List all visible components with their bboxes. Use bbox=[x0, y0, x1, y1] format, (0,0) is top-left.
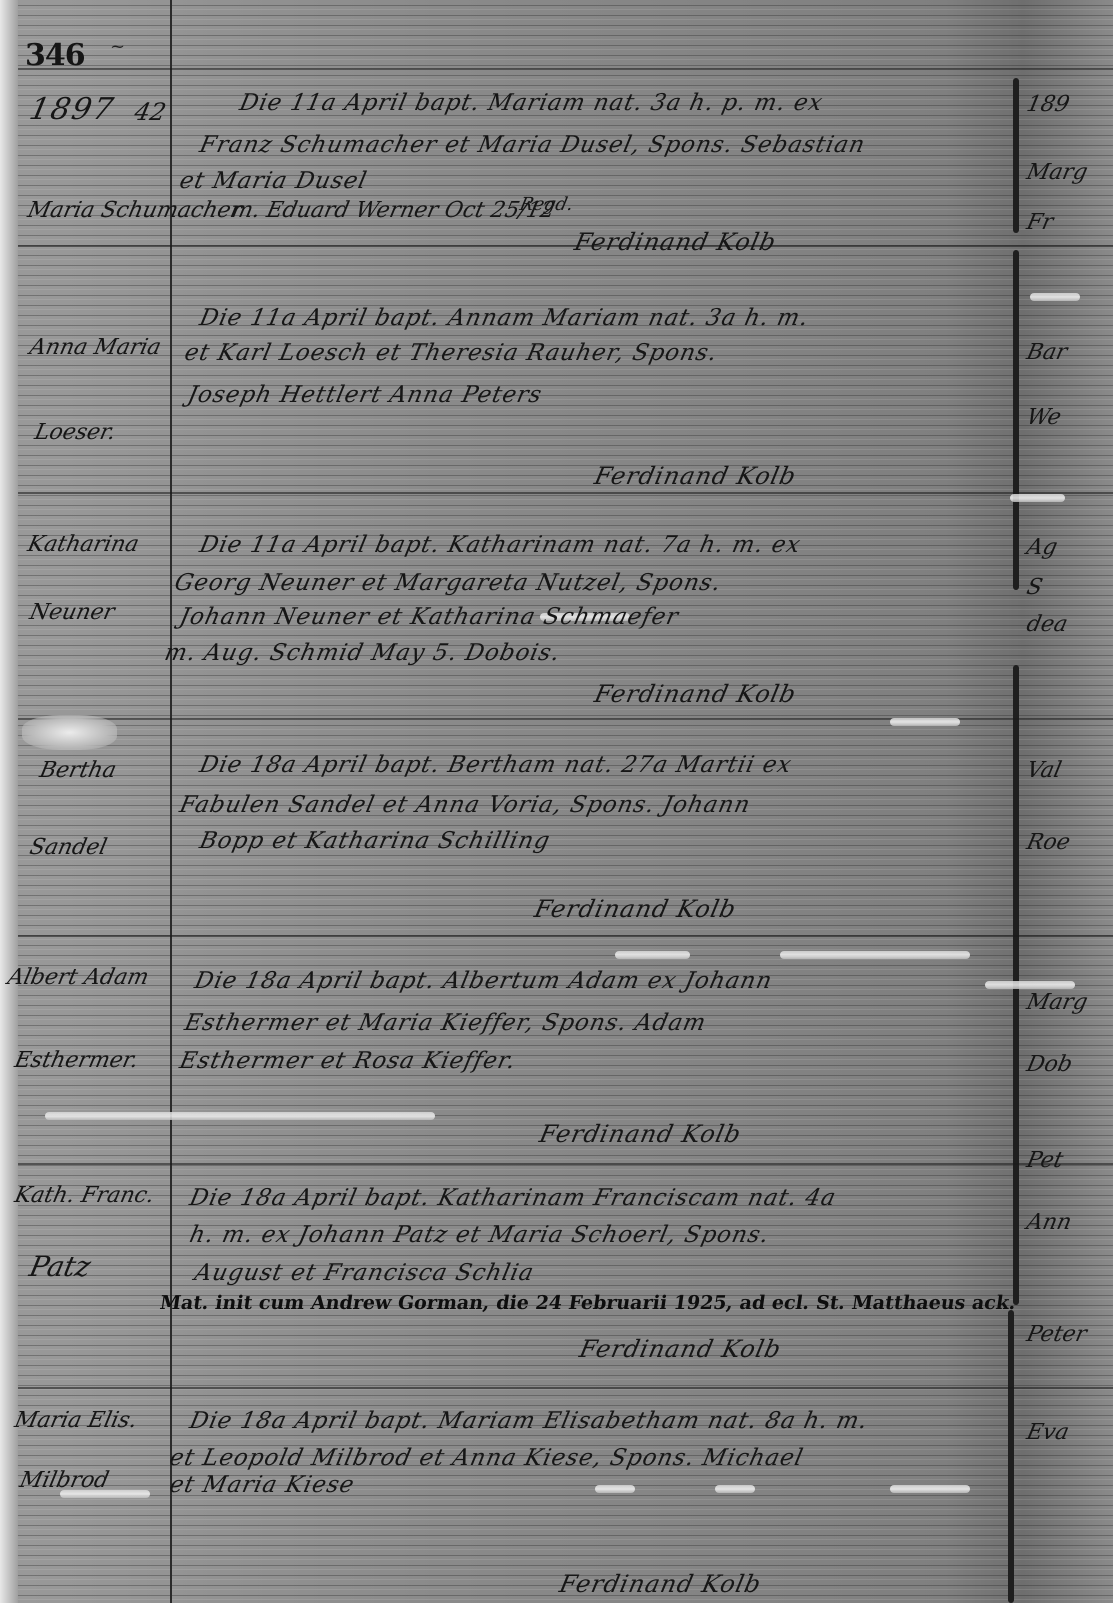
record-line: Die 11a April bapt. Mariam nat. 3a h. p.… bbox=[237, 90, 825, 116]
record-line: et Karl Loesch et Theresia Rauher, Spons… bbox=[182, 340, 720, 366]
record-line: Die 18a April bapt. Katharinam Francisca… bbox=[187, 1185, 839, 1211]
facing-page-fragment: Dob bbox=[1024, 1052, 1074, 1077]
page-edge bbox=[0, 0, 18, 1603]
priest-signature: Ferdinand Kolb bbox=[577, 1335, 784, 1363]
record-line: Die 18a April bapt. Bertham nat. 27a Mar… bbox=[197, 752, 794, 778]
facing-page-fragment: Ag bbox=[1024, 535, 1059, 560]
record-line: Die 11a April bapt. Annam Mariam nat. 3a… bbox=[197, 305, 811, 331]
record-line: Georg Neuner et Margareta Nutzel, Spons. bbox=[172, 570, 724, 596]
margin-child-name: Maria Elis. bbox=[12, 1408, 139, 1433]
paper-tear bbox=[595, 1485, 635, 1493]
record-line: Bopp et Katharina Schilling bbox=[197, 828, 552, 854]
facing-page-fragment: We bbox=[1024, 405, 1063, 430]
record-line: m. Aug. Schmid May 5. Dobois. bbox=[162, 640, 563, 666]
record-line: Die 18a April bapt. Mariam Elisabetham n… bbox=[187, 1408, 870, 1434]
register-page-scan: 346 ~ 1897 42 Maria Schumacher Die 11a A… bbox=[0, 0, 1113, 1603]
margin-surname: Milbrod bbox=[17, 1468, 111, 1493]
scribble-mark: ~ bbox=[110, 36, 125, 57]
margin-surname: Patz bbox=[26, 1250, 93, 1283]
paper-tear bbox=[715, 1485, 755, 1493]
paper-tear bbox=[1010, 494, 1065, 502]
facing-page-fragment: Pet bbox=[1024, 1148, 1065, 1173]
record-line: et Leopold Milbrod et Anna Kiese, Spons.… bbox=[167, 1445, 806, 1471]
facing-page-fragment: Roe bbox=[1024, 830, 1072, 855]
record-line: Fabulen Sandel et Anna Voria, Spons. Joh… bbox=[177, 792, 753, 818]
marriage-note: Mat. init cum Andrew Gorman, die 24 Febr… bbox=[158, 1292, 1017, 1314]
facing-page-fragment: Ann bbox=[1024, 1210, 1074, 1235]
margin-child-name: Maria Schumacher bbox=[25, 198, 243, 223]
paper-tear bbox=[45, 1112, 435, 1120]
ledger-rule bbox=[18, 935, 1113, 937]
ledger-rule bbox=[18, 245, 1113, 247]
margin-child-name: Kath. Franc. bbox=[12, 1183, 156, 1208]
facing-page-fragment: Val bbox=[1024, 758, 1063, 783]
margin-surname: Loeser. bbox=[32, 420, 118, 445]
facing-page-fragment: Eva bbox=[1024, 1420, 1071, 1445]
priest-signature: Ferdinand Kolb bbox=[572, 228, 779, 256]
facing-page-fragment: dea bbox=[1024, 612, 1070, 637]
margin-child-name: Anna Maria bbox=[27, 335, 163, 360]
paper-tear bbox=[890, 718, 960, 726]
paper-tear bbox=[985, 981, 1075, 989]
facing-page-fragment: 189 bbox=[1024, 92, 1071, 117]
paper-damage bbox=[22, 715, 117, 750]
register-year: 1897 bbox=[26, 92, 118, 127]
facing-page-fragment: Bar bbox=[1024, 340, 1069, 365]
record-line: Die 18a April bapt. Albertum Adam ex Joh… bbox=[192, 968, 775, 994]
marriage-annotation: m. Eduard Werner Oct 25/12 bbox=[229, 198, 557, 223]
paper-tear bbox=[890, 1485, 970, 1493]
facing-page-fragment: S bbox=[1024, 575, 1044, 600]
binding-spine-segment bbox=[1013, 250, 1019, 590]
margin-surname: Esthermer. bbox=[12, 1048, 140, 1073]
facing-page-fragment: Marg bbox=[1024, 160, 1090, 185]
margin-child-name: Katharina bbox=[25, 532, 141, 557]
page-number: 346 bbox=[25, 38, 85, 73]
priest-signature: Ferdinand Kolb bbox=[592, 462, 799, 490]
record-line: Joseph Hettlert Anna Peters bbox=[185, 382, 544, 408]
priest-signature: Ferdinand Kolb bbox=[532, 895, 739, 923]
facing-page-fragment: Marg bbox=[1024, 990, 1090, 1015]
record-line: August et Francisca Schlia bbox=[192, 1260, 536, 1286]
paper-tear bbox=[1030, 293, 1080, 301]
record-line: et Maria Dusel bbox=[177, 168, 369, 194]
priest-signature: Ferdinand Kolb bbox=[537, 1120, 744, 1148]
record-line: et Maria Kiese bbox=[167, 1472, 357, 1498]
facing-page-fragment: Fr bbox=[1024, 210, 1055, 235]
ledger-rule bbox=[18, 68, 1113, 70]
ledger-rule bbox=[18, 1387, 1113, 1389]
record-line: Die 11a April bapt. Katharinam nat. 7a h… bbox=[197, 532, 803, 558]
registered-mark: Regd. bbox=[518, 194, 575, 215]
priest-signature: Ferdinand Kolb bbox=[592, 680, 799, 708]
record-line: Franz Schumacher et Maria Dusel, Spons. … bbox=[197, 132, 868, 158]
record-line: Esthermer et Maria Kieffer, Spons. Adam bbox=[182, 1010, 709, 1036]
record-line: Esthermer et Rosa Kieffer. bbox=[177, 1048, 518, 1074]
ledger-rule bbox=[18, 492, 1113, 494]
ledger-rule bbox=[18, 1163, 1113, 1165]
margin-surname: Neuner bbox=[27, 600, 116, 625]
margin-column-rule bbox=[170, 0, 172, 1603]
binding-spine-segment bbox=[1013, 78, 1019, 233]
facing-page-fragment: Peter bbox=[1024, 1322, 1089, 1347]
record-line: Johann Neuner et Katharina Schmaefer bbox=[177, 604, 681, 630]
entry-number: 42 bbox=[132, 98, 168, 126]
record-line: h. m. ex Johann Patz et Maria Schoerl, S… bbox=[187, 1222, 772, 1248]
binding-spine-segment bbox=[1008, 1310, 1014, 1603]
paper-tear bbox=[615, 951, 690, 959]
margin-child-name: Bertha bbox=[37, 758, 118, 783]
margin-child-name: Albert Adam bbox=[5, 965, 151, 990]
margin-surname: Sandel bbox=[27, 835, 109, 860]
priest-signature: Ferdinand Kolb bbox=[557, 1570, 764, 1598]
paper-tear bbox=[780, 951, 970, 959]
